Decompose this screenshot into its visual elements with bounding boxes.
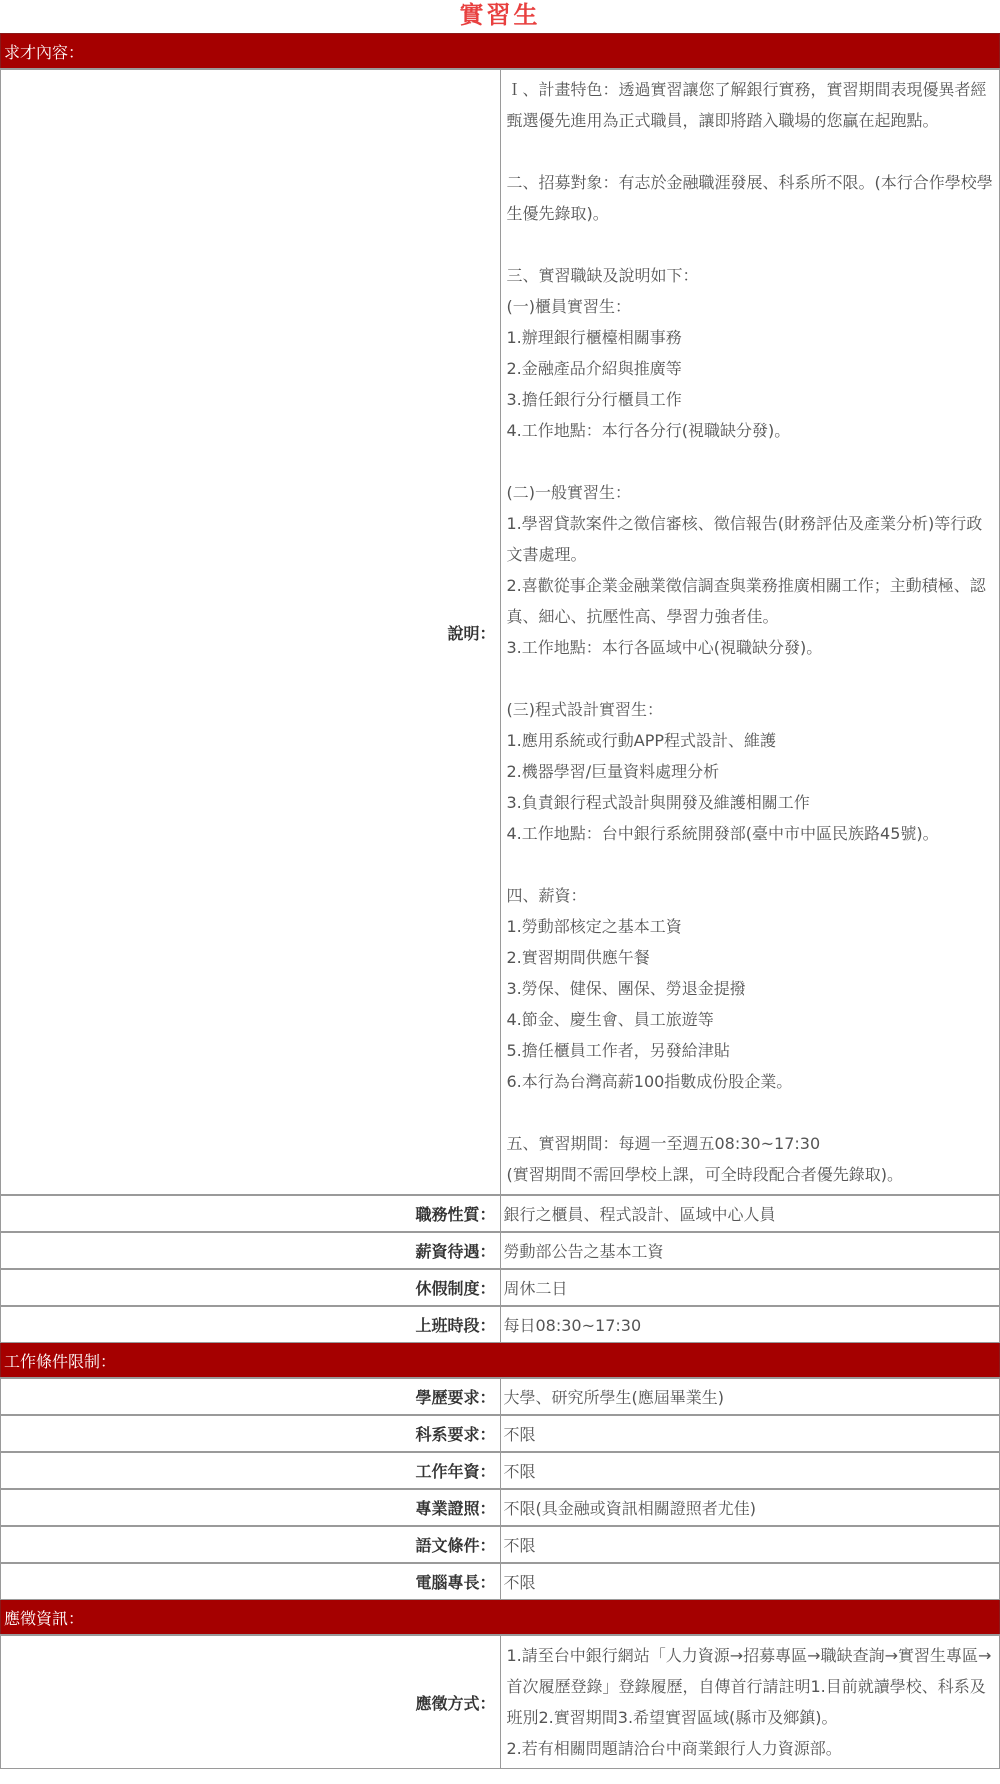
description-line: 1.學習貸款案件之徵信審核、徵信報告(財務評估及產業分析)等行政文書處理。 [507,508,997,570]
description-line: 1.應用系統或行動APP程式設計、維護 [507,725,997,756]
description-line: (三)程式設計實習生： [507,694,997,725]
description-line: 4.工作地點：台中銀行系統開發部(臺中市中區民族路45號)。 [507,818,997,849]
description-line: 2.機器學習/巨量資料處理分析 [507,756,997,787]
description-line: 2.實習期間供應午餐 [507,942,997,973]
blank-line [507,446,997,477]
description-text: Ｉ、計畫特色：透過實習讓您了解銀行實務，實習期間表現優異者經甄選優先進用為正式職… [504,70,1000,1194]
job-detail-table: 求才內容： 說明： Ｉ、計畫特色：透過實習讓您了解銀行實務，實習期間表現優異者經… [0,33,1000,1769]
description-label: 說明： [1,69,501,1195]
description-line: 3.工作地點：本行各區域中心(視職缺分發)。 [507,632,997,663]
application-method-text: 1.請至台中銀行網站「人力資源→招募專區→職缺查詢→實習生專區→首次履歷登錄」登… [504,1636,1000,1768]
row-label: 科系要求： [1,1415,501,1452]
description-line: 4.工作地點：本行各分行(視職缺分發)。 [507,415,997,446]
row-label: 職務性質： [1,1195,501,1232]
description-row: 說明： Ｉ、計畫特色：透過實習讓您了解銀行實務，實習期間表現優異者經甄選優先進用… [1,69,1000,1195]
blank-line [507,1097,997,1128]
row-label: 語文條件： [1,1526,501,1563]
info-row-experience: 工作年資： 不限 [1,1452,1000,1489]
description-line: 5.擔任櫃員工作者，另發給津貼 [507,1035,997,1066]
section-title: 求才內容： [1,34,1000,70]
description-line: 四、薪資： [507,880,997,911]
row-label: 薪資待遇： [1,1232,501,1269]
section-header-job-content: 求才內容： [1,34,1000,70]
row-label: 學歷要求： [1,1378,501,1415]
blank-line [507,849,997,880]
info-row-salary: 薪資待遇： 勞動部公告之基本工資 [1,1232,1000,1269]
description-value: Ｉ、計畫特色：透過實習讓您了解銀行實務，實習期間表現優異者經甄選優先進用為正式職… [500,69,1000,1195]
row-value: 不限 [500,1563,1000,1600]
description-line: 3.擔任銀行分行櫃員工作 [507,384,997,415]
row-label: 休假制度： [1,1269,501,1306]
description-line: (一)櫃員實習生： [507,291,997,322]
description-line: 2.喜歡從事企業金融業徵信調查與業務推廣相關工作；主動積極、認真、細心、抗壓性高… [507,570,997,632]
application-step-2: 2.若有相關問題請洽台中商業銀行人力資源部。 [507,1733,997,1764]
info-row-certification: 專業證照： 不限(具金融或資訊相關證照者尤佳) [1,1489,1000,1526]
description-line: 3.負責銀行程式設計與開發及維護相關工作 [507,787,997,818]
section-title: 工作條件限制： [1,1343,1000,1379]
blank-line [507,663,997,694]
section-header-work-conditions: 工作條件限制： [1,1343,1000,1379]
page-title: 實習生 [0,0,1000,33]
row-value: 周休二日 [500,1269,1000,1306]
row-label: 專業證照： [1,1489,501,1526]
info-row-leave: 休假制度： 周休二日 [1,1269,1000,1306]
info-row-working-hours: 上班時段： 每日08:30~17:30 [1,1306,1000,1343]
description-line: 3.勞保、健保、團保、勞退金提撥 [507,973,997,1004]
description-line: (二)一般實習生： [507,477,997,508]
description-line: (實習期間不需回學校上課，可全時段配合者優先錄取)。 [507,1159,997,1190]
section-header-application-info: 應徵資訊： [1,1600,1000,1636]
row-value: 不限 [500,1452,1000,1489]
row-label: 工作年資： [1,1452,501,1489]
description-line: 4.節金、慶生會、員工旅遊等 [507,1004,997,1035]
description-line: 6.本行為台灣高薪100指數成份股企業。 [507,1066,997,1097]
row-value: 每日08:30~17:30 [500,1306,1000,1343]
application-step-1: 1.請至台中銀行網站「人力資源→招募專區→職缺查詢→實習生專區→首次履歷登錄」登… [507,1640,997,1733]
row-value: 不限(具金融或資訊相關證照者尤佳) [500,1489,1000,1526]
info-row-job-nature: 職務性質： 銀行之櫃員、程式設計、區域中心人員 [1,1195,1000,1232]
row-value: 不限 [500,1526,1000,1563]
description-line: 2.金融產品介紹與推廣等 [507,353,997,384]
application-method-row: 應徵方式： 1.請至台中銀行網站「人力資源→招募專區→職缺查詢→實習生專區→首次… [1,1635,1000,1769]
description-line: 1.勞動部核定之基本工資 [507,911,997,942]
row-value: 不限 [500,1415,1000,1452]
row-label: 上班時段： [1,1306,501,1343]
blank-line [507,229,997,260]
blank-line [507,136,997,167]
section-title: 應徵資訊： [1,1600,1000,1636]
description-line: 1.辦理銀行櫃檯相關事務 [507,322,997,353]
description-line: 二、招募對象：有志於金融職涯發展、科系所不限。(本行合作學校學生優先錄取)。 [507,167,997,229]
row-value: 銀行之櫃員、程式設計、區域中心人員 [500,1195,1000,1232]
info-row-computer-skills: 電腦專長： 不限 [1,1563,1000,1600]
description-line: 五、實習期間：每週一至週五08:30~17:30 [507,1128,997,1159]
row-value: 大學、研究所學生(應屆畢業生) [500,1378,1000,1415]
description-line: 三、實習職缺及說明如下： [507,260,997,291]
application-method-value: 1.請至台中銀行網站「人力資源→招募專區→職缺查詢→實習生專區→首次履歷登錄」登… [500,1635,1000,1769]
application-method-label: 應徵方式： [1,1635,501,1769]
description-line: Ｉ、計畫特色：透過實習讓您了解銀行實務，實習期間表現優異者經甄選優先進用為正式職… [507,74,997,136]
info-row-major: 科系要求： 不限 [1,1415,1000,1452]
info-row-language: 語文條件： 不限 [1,1526,1000,1563]
row-value: 勞動部公告之基本工資 [500,1232,1000,1269]
info-row-education: 學歷要求： 大學、研究所學生(應屆畢業生) [1,1378,1000,1415]
row-label: 電腦專長： [1,1563,501,1600]
